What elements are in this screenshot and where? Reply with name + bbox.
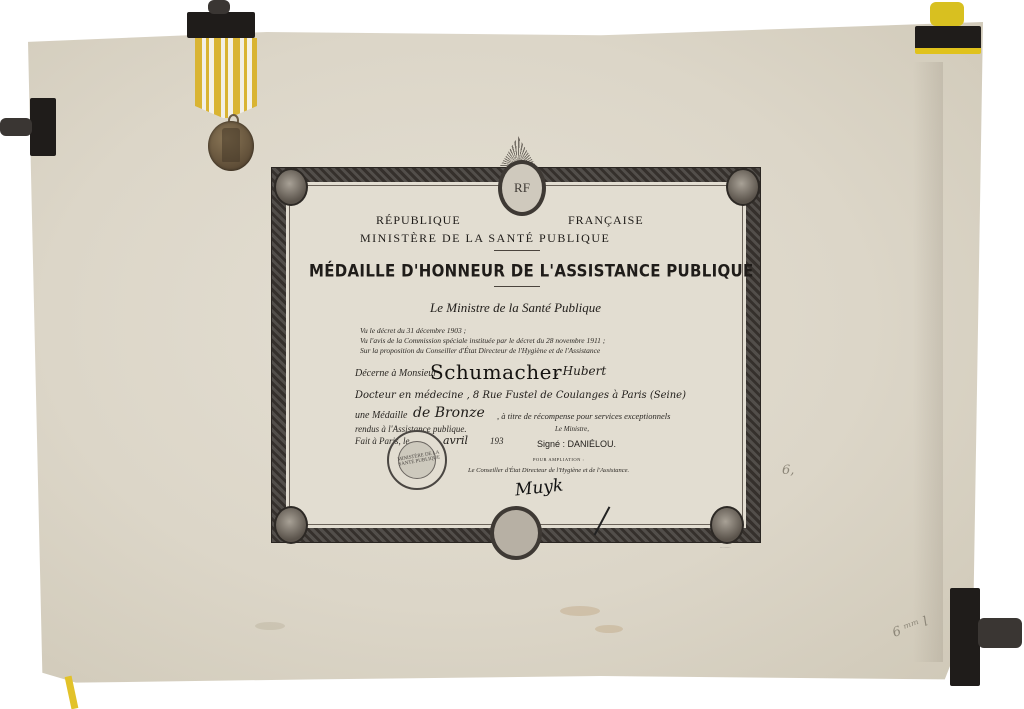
signed-danielou: Signé : DANIÉLOU. [537,439,616,449]
date-month: avril [443,434,468,447]
ministry-stamp: MINISTÈRE DE LA SANTÉ PUBLIQUE [387,430,447,490]
divider [494,286,540,287]
paper-stain [595,625,623,633]
rf-crest: RF [488,136,548,220]
ampliation-label: POUR AMPLIATION : [533,457,584,462]
recipient-surname: Schumacher [430,360,562,384]
medal-suffix: , à titre de récompense pour services ex… [497,411,670,421]
bottom-crest [490,506,542,560]
issuer-line: Le Ministre de la Santé Publique [430,300,601,316]
frame-corner-medallion [274,506,308,544]
printer-imprint: ········· [720,546,731,550]
binder-clip-left [30,98,56,156]
paper-edge-shadow [913,62,943,662]
header-francaise: FRANÇAISE [568,213,644,228]
ministry-heading: MINISTÈRE DE LA SANTÉ PUBLIQUE [360,231,610,246]
paper-stain [560,606,600,616]
minister-label: Le Ministre, [555,425,589,433]
frame-corner-medallion [710,506,744,544]
header-republique: RÉPUBLIQUE [376,213,461,228]
preamble-line: Vu l'avis de la Commission spéciale inst… [360,336,605,345]
certificate-title: MÉDAILLE D'HONNEUR DE L'ASSISTANCE PUBLI… [309,261,754,282]
binder-clip-lever [930,2,964,26]
preamble-line: Vu le décret du 31 décembre 1903 ; [360,326,466,335]
counsellor-line: Le Conseiller d'État Directeur de l'Hygi… [468,467,629,474]
rf-monogram: RF [498,160,546,216]
preamble-line: Sur la proposition du Conseiller d'État … [360,346,600,355]
date-year: 193 [490,436,504,446]
recipient-firstname: , Hubert [555,364,606,378]
medal-class: de Bronze [413,405,485,421]
profession-address-line: Docteur en médecine , 8 Rue Fustel de Co… [355,390,686,401]
paper-stain [255,622,285,630]
medal-prefix: une Médaille [355,410,407,421]
divider [494,250,540,251]
frame-corner-medallion [274,168,308,206]
frame-corner-medallion [726,168,760,206]
binder-clip-bottom-right [950,588,980,686]
binder-clip-top-medal [187,12,255,38]
binder-clip-lever [978,618,1022,648]
pencil-annotation: 6, [782,463,794,478]
binder-clip-top-right [915,26,981,54]
medal-relief [222,128,240,162]
binder-clip-lever [0,118,32,136]
binder-clip-lever [208,0,230,14]
awarded-prefix: Décerne à Monsieur [355,368,437,379]
medal-ribbon [195,38,257,118]
